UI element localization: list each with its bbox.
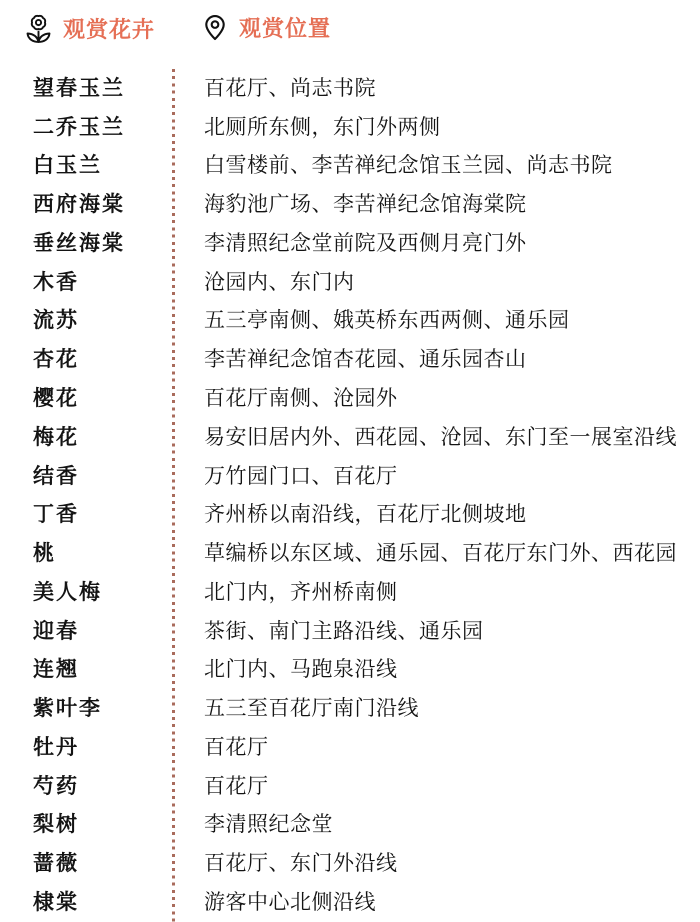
dotted-column-divider [172,69,175,922]
table-row: 梨树 李清照纪念堂 [0,806,700,845]
flower-column-title: 观赏花卉 [63,17,155,41]
flower-location: 百花厅 [172,737,700,758]
flower-name: 木香 [0,272,172,293]
flower-name: 流苏 [0,310,172,331]
table-row: 木香 沧园内、东门内 [0,263,700,302]
flower-name: 蔷薇 [0,853,172,874]
flower-name: 丁香 [0,504,172,525]
flower-name: 西府海棠 [0,194,172,215]
table-row: 迎春 茶街、南门主路沿线、通乐园 [0,612,700,651]
flower-location: 游客中心北侧沿线 [172,892,700,913]
table-header: 观赏花卉 观赏位置 [0,0,700,69]
flower-name: 杏花 [0,349,172,370]
flower-name: 连翘 [0,659,172,680]
flower-name: 美人梅 [0,582,172,603]
table-row: 二乔玉兰 北厕所东侧，东门外两侧 [0,108,700,147]
table-row: 梅花 易安旧居内外、西花园、沧园、东门至一展室沿线 [0,418,700,457]
table-row: 蔷薇 百花厅、东门外沿线 [0,844,700,883]
flower-location: 北厕所东侧，东门外两侧 [172,117,700,138]
table-row: 牡丹 百花厅 [0,728,700,767]
flower-location: 茶街、南门主路沿线、通乐园 [172,621,700,642]
table-row: 紫叶李 五三至百花厅南门沿线 [0,689,700,728]
table-row: 西府海棠 海豹池广场、李苦禅纪念馆海棠院 [0,185,700,224]
location-column-title: 观赏位置 [239,16,331,40]
flower-name: 二乔玉兰 [0,117,172,138]
flower-location: 北门内、马跑泉沿线 [172,659,700,680]
flower-location: 海豹池广场、李苦禅纪念馆海棠院 [172,194,700,215]
table-row: 望春玉兰 百花厅、尚志书院 [0,69,700,108]
flower-location: 百花厅、东门外沿线 [172,853,700,874]
flower-location: 白雪楼前、李苦禅纪念馆玉兰园、尚志书院 [172,155,700,176]
flower-name: 棣棠 [0,892,172,913]
flower-name: 垂丝海棠 [0,233,172,254]
header-flower-column: 观赏花卉 [23,12,155,46]
flower-location: 百花厅 [172,776,700,797]
flower-location: 五三亭南侧、娥英桥东西两侧、通乐园 [172,310,700,331]
flower-name: 白玉兰 [0,155,172,176]
flower-location: 李苦禅纪念馆杏花园、通乐园杏山 [172,349,700,370]
flower-location: 李清照纪念堂前院及西侧月亮门外 [172,233,700,254]
table-row: 丁香 齐州桥以南沿线，百花厅北侧坡地 [0,495,700,534]
table-rows: 望春玉兰 百花厅、尚志书院 二乔玉兰 北厕所东侧，东门外两侧 白玉兰 白雪楼前、… [0,69,700,922]
table-row: 樱花 百花厅南侧、沧园外 [0,379,700,418]
table-row: 白玉兰 白雪楼前、李苦禅纪念馆玉兰园、尚志书院 [0,147,700,186]
flower-name: 梅花 [0,427,172,448]
flower-location: 易安旧居内外、西花园、沧园、东门至一展室沿线 [172,427,700,448]
flower-name: 望春玉兰 [0,78,172,99]
table-row: 连翘 北门内、马跑泉沿线 [0,650,700,689]
flower-name: 樱花 [0,388,172,409]
flower-location: 百花厅、尚志书院 [172,78,700,99]
flower-location: 草编桥以东区域、通乐园、百花厅东门外、西花园 [172,543,700,564]
flower-location: 李清照纪念堂 [172,814,700,835]
table-row: 杏花 李苦禅纪念馆杏花园、通乐园杏山 [0,340,700,379]
header-location-column: 观赏位置 [204,12,331,43]
table-row: 流苏 五三亭南侧、娥英桥东西两侧、通乐园 [0,302,700,341]
flower-name: 牡丹 [0,737,172,758]
table-row: 棣棠 游客中心北侧沿线 [0,883,700,922]
flower-name: 桃 [0,543,172,564]
flower-viewing-guide: 观赏花卉 观赏位置 望春玉兰 百花厅、尚志书院 二乔玉兰 北厕所东侧，东门外两侧… [0,0,700,922]
map-pin-icon [204,12,226,43]
flower-location: 万竹园门口、百花厅 [172,466,700,487]
flower-name: 结香 [0,466,172,487]
flower-name: 梨树 [0,814,172,835]
table-row: 结香 万竹园门口、百花厅 [0,457,700,496]
flower-location: 北门内，齐州桥南侧 [172,582,700,603]
flower-location: 沧园内、东门内 [172,272,700,293]
table-row: 芍药 百花厅 [0,767,700,806]
flower-location: 百花厅南侧、沧园外 [172,388,700,409]
table-row: 垂丝海棠 李清照纪念堂前院及西侧月亮门外 [0,224,700,263]
flower-location: 齐州桥以南沿线，百花厅北侧坡地 [172,504,700,525]
flower-name: 芍药 [0,776,172,797]
flower-location: 五三至百花厅南门沿线 [172,698,700,719]
flower-name: 迎春 [0,621,172,642]
table-row: 桃 草编桥以东区域、通乐园、百花厅东门外、西花园 [0,534,700,573]
flower-location-table: 望春玉兰 百花厅、尚志书院 二乔玉兰 北厕所东侧，东门外两侧 白玉兰 白雪楼前、… [0,69,700,922]
table-row: 美人梅 北门内，齐州桥南侧 [0,573,700,612]
flower-name: 紫叶李 [0,698,172,719]
flower-icon [23,12,54,46]
